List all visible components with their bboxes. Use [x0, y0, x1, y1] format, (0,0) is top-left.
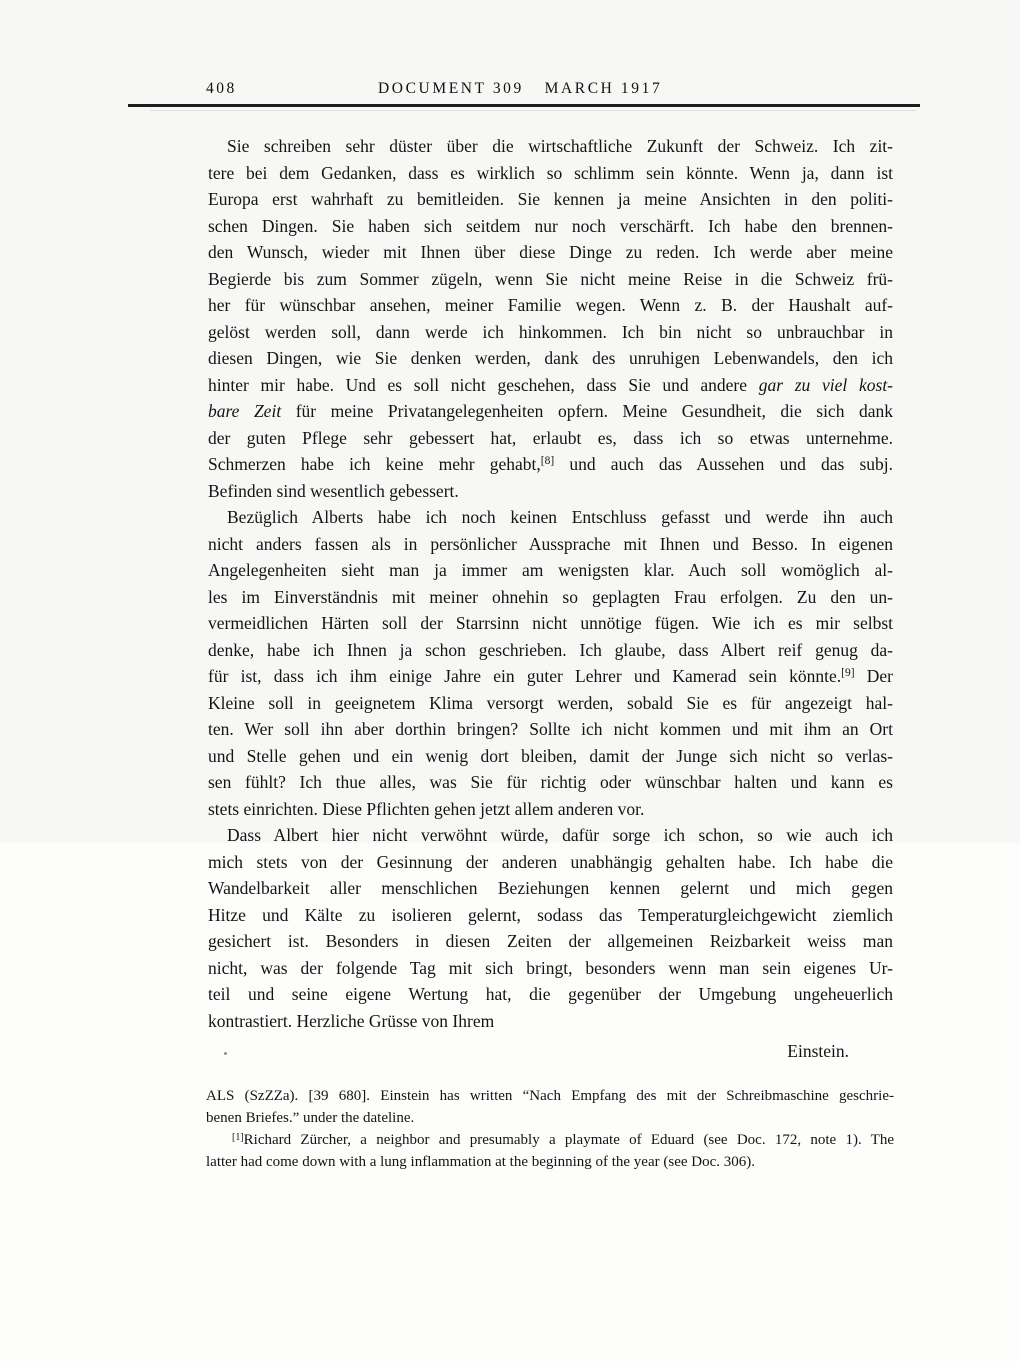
text-line: Wandelbarkeit aller menschlichen Beziehu… [208, 875, 893, 902]
footnote-marker: [9] [841, 667, 854, 679]
footnotes: ALS (SzZZa). [39 680]. Einstein has writ… [206, 1085, 894, 1173]
text-line: bare Zeit für meine Privatangelegenheite… [208, 398, 893, 425]
text-line: Europa erst wahrhaft zu bemitleiden. Sie… [208, 186, 893, 213]
text-line: Schmerzen habe ich keine mehr gehabt,[8]… [208, 451, 893, 478]
page-number: 408 [206, 80, 237, 98]
text-line: mich stets von der Gesinnung der anderen… [208, 849, 893, 876]
letter-body: Sie schreiben sehr düster über die wirts… [208, 133, 893, 1034]
footnote-marker: [8] [541, 455, 554, 467]
signature: Einstein. [208, 1038, 893, 1065]
text-line: Sie schreiben sehr düster über die wirts… [208, 133, 893, 160]
header-rule-ghost [150, 110, 916, 111]
text-line: [1]Richard Zürcher, a neighbor and presu… [206, 1129, 894, 1151]
text-line: kontrastiert. Herzliche Grüsse von Ihrem [208, 1008, 893, 1035]
text-line: der guten Pflege sehr gebessert hat, erl… [208, 425, 893, 452]
text-line: schen Dingen. Sie haben sich seitdem nur… [208, 213, 893, 240]
text-line: Angelegenheiten sieht man ja immer am we… [208, 557, 893, 584]
text-line: gesichert ist. Besonders in diesen Zeite… [208, 928, 893, 955]
text-line: tere bei dem Gedanken, dass es wirklich … [208, 160, 893, 187]
text-line: ALS (SzZZa). [39 680]. Einstein has writ… [206, 1085, 894, 1107]
text-line: stets einrichten. Diese Pflichten gehen … [208, 796, 893, 823]
text-line: ten. Wer soll ihn aber dorthin bringen? … [208, 716, 893, 743]
scan-speck [224, 1052, 227, 1055]
text-line: sen fühlt? Ich thue alles, was Sie für r… [208, 769, 893, 796]
text-line: Befinden sind wesentlich gebessert. [208, 478, 893, 505]
text-line: les im Einverständnis mit meiner ohnehin… [208, 584, 893, 611]
text-line: den Wunsch, wieder mit Ihnen über diese … [208, 239, 893, 266]
text-line: denke, habe ich Ihnen ja schon geschrieb… [208, 637, 893, 664]
text-line: Bezüglich Alberts habe ich noch keinen E… [208, 504, 893, 531]
header-rule [128, 104, 920, 107]
italic-phrase: bare Zeit [208, 401, 281, 421]
text-line: vermeidlichen Härten soll der Starrsinn … [208, 610, 893, 637]
footnote-marker: [1] [232, 1132, 244, 1143]
page-header: 408 DOCUMENT 309 MARCH 1917 [128, 80, 920, 100]
text-line: Kleine soll in geeignetem Klima versorgt… [208, 690, 893, 717]
text-line: her für wünschbar ansehen, meiner Famili… [208, 292, 893, 319]
text-line: Begierde bis zum Sommer zügeln, wenn Sie… [208, 266, 893, 293]
text-line: Hitze und Kälte zu isolieren gelernt, so… [208, 902, 893, 929]
text-line: nicht anders fassen als in persönlicher … [208, 531, 893, 558]
text-line: gelöst werden soll, dann werde ich hinko… [208, 319, 893, 346]
text-line: latter had come down with a lung inflamm… [206, 1151, 894, 1173]
text-line: nicht, was der folgende Tag mit sich bri… [208, 955, 893, 982]
italic-phrase: gar zu viel kost- [759, 375, 893, 395]
text-line: teil und seine eigene Wertung hat, die g… [208, 981, 893, 1008]
running-title: DOCUMENT 309 MARCH 1917 [378, 80, 662, 98]
text-line: für ist, dass ich ihm einige Jahre ein g… [208, 663, 893, 690]
text-line: diesen Dingen, wie Sie denken werden, da… [208, 345, 893, 372]
text-line: benen Briefes.” under the dateline. [206, 1107, 894, 1129]
text-line: Dass Albert hier nicht verwöhnt würde, d… [208, 822, 893, 849]
book-page: 408 DOCUMENT 309 MARCH 1917 Sie schreibe… [0, 0, 1020, 1361]
text-line: und Stelle gehen und ein wenig dort blei… [208, 743, 893, 770]
text-line: hinter mir habe. Und es soll nicht gesch… [208, 372, 893, 399]
